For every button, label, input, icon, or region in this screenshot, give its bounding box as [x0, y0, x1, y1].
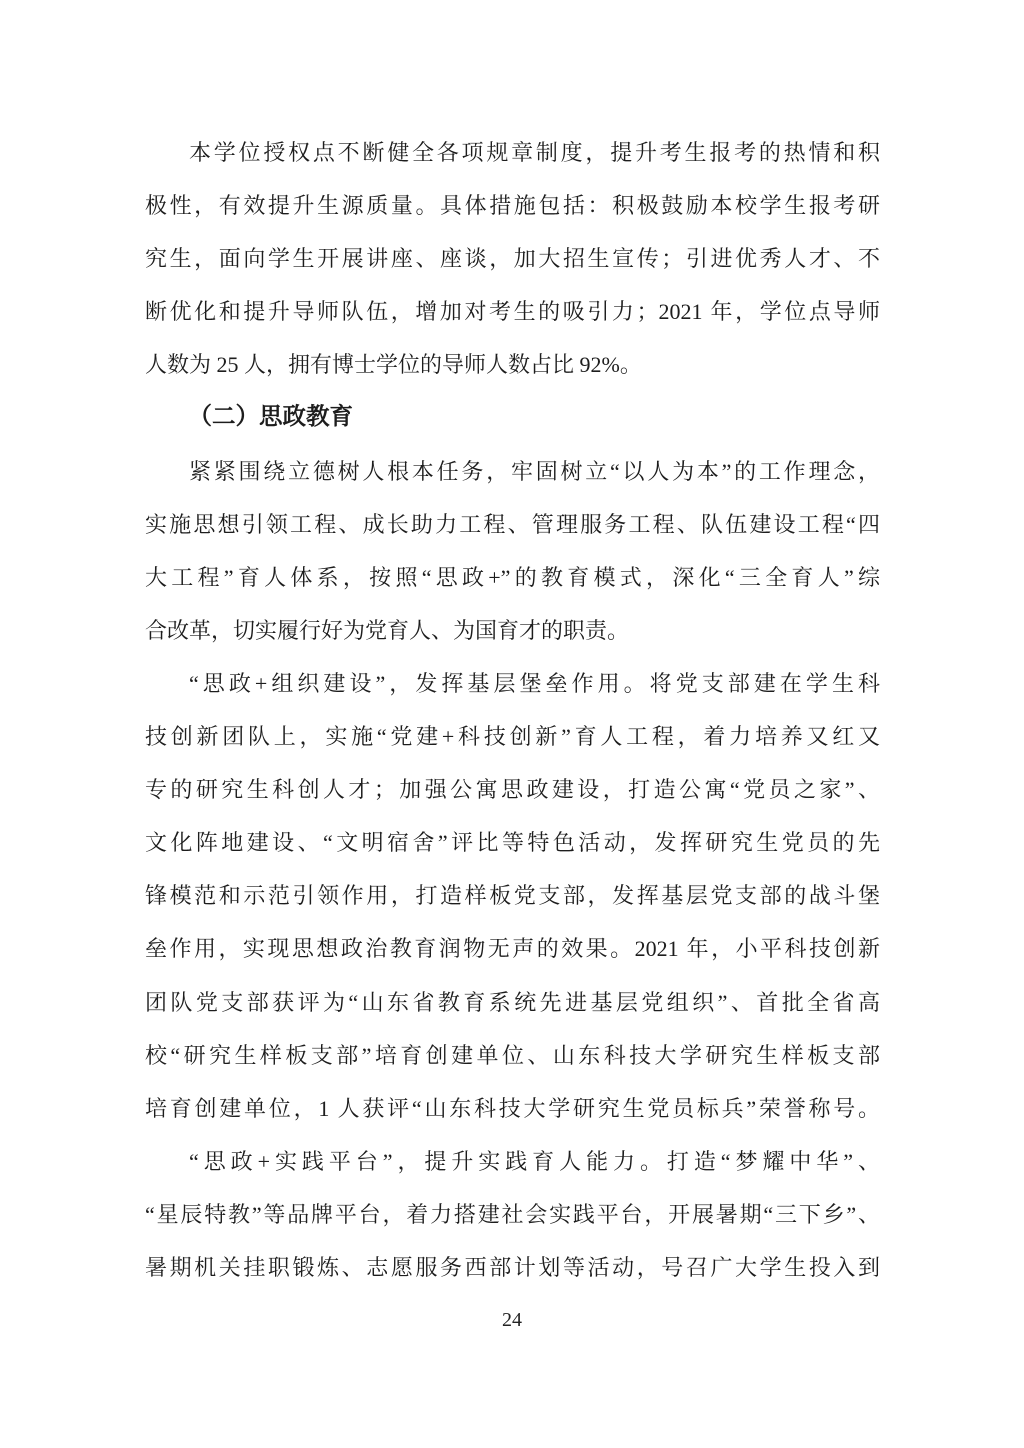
- paragraph-line: 垒作用，实现思想政治教育润物无声的效果。2021 年，小平科技创新: [145, 922, 880, 975]
- paragraph-line: 究生，面向学生开展讲座、座谈，加大招生宣传；引进优秀人才、不: [145, 232, 880, 285]
- paragraph-line: 实施思想引领工程、成长助力工程、管理服务工程、队伍建设工程“四: [145, 498, 880, 551]
- section-heading: （二）思政教育: [145, 391, 880, 444]
- paragraph-line: 紧紧围绕立德树人根本任务，牢固树立“以人为本”的工作理念，: [145, 445, 880, 498]
- paragraph-line: 暑期机关挂职锻炼、志愿服务西部计划等活动，号召广大学生投入到: [145, 1241, 880, 1294]
- paragraph-line: 断优化和提升导师队伍，增加对考生的吸引力；2021 年，学位点导师: [145, 285, 880, 338]
- document-body: 本学位授权点不断健全各项规章制度，提升考生报考的热情和积 极性，有效提升生源质量…: [145, 126, 880, 1294]
- paragraph-line: 大工程”育人体系，按照“思政+”的教育模式，深化“三全育人”综: [145, 551, 880, 604]
- page-number: 24: [0, 1305, 1024, 1335]
- document-page: 本学位授权点不断健全各项规章制度，提升考生报考的热情和积 极性，有效提升生源质量…: [0, 0, 1024, 1448]
- paragraph-line: 专的研究生科创人才；加强公寓思政建设，打造公寓“党员之家”、: [145, 763, 880, 816]
- paragraph-line: “思政+实践平台”，提升实践育人能力。打造“梦耀中华”、: [145, 1135, 880, 1188]
- paragraph-line: 校“研究生样板支部”培育创建单位、山东科技大学研究生样板支部: [145, 1029, 880, 1082]
- paragraph-line: 人数为 25 人，拥有博士学位的导师人数占比 92%。: [145, 338, 880, 391]
- paragraph-line: “思政+组织建设”，发挥基层堡垒作用。将党支部建在学生科: [145, 657, 880, 710]
- paragraph-line: 极性，有效提升生源质量。具体措施包括：积极鼓励本校学生报考研: [145, 179, 880, 232]
- paragraph-line: 培育创建单位，1 人获评“山东科技大学研究生党员标兵”荣誉称号。: [145, 1082, 880, 1135]
- paragraph-line: 技创新团队上，实施“党建+科技创新”育人工程，着力培养又红又: [145, 710, 880, 763]
- paragraph-line: “星辰特教”等品牌平台，着力搭建社会实践平台，开展暑期“三下乡”、: [145, 1188, 880, 1241]
- paragraph-line: 锋模范和示范引领作用，打造样板党支部，发挥基层党支部的战斗堡: [145, 869, 880, 922]
- paragraph-line: 本学位授权点不断健全各项规章制度，提升考生报考的热情和积: [145, 126, 880, 179]
- paragraph-line: 文化阵地建设、“文明宿舍”评比等特色活动，发挥研究生党员的先: [145, 816, 880, 869]
- paragraph-line: 合改革，切实履行好为党育人、为国育才的职责。: [145, 604, 880, 657]
- paragraph-line: 团队党支部获评为“山东省教育系统先进基层党组织”、首批全省高: [145, 976, 880, 1029]
